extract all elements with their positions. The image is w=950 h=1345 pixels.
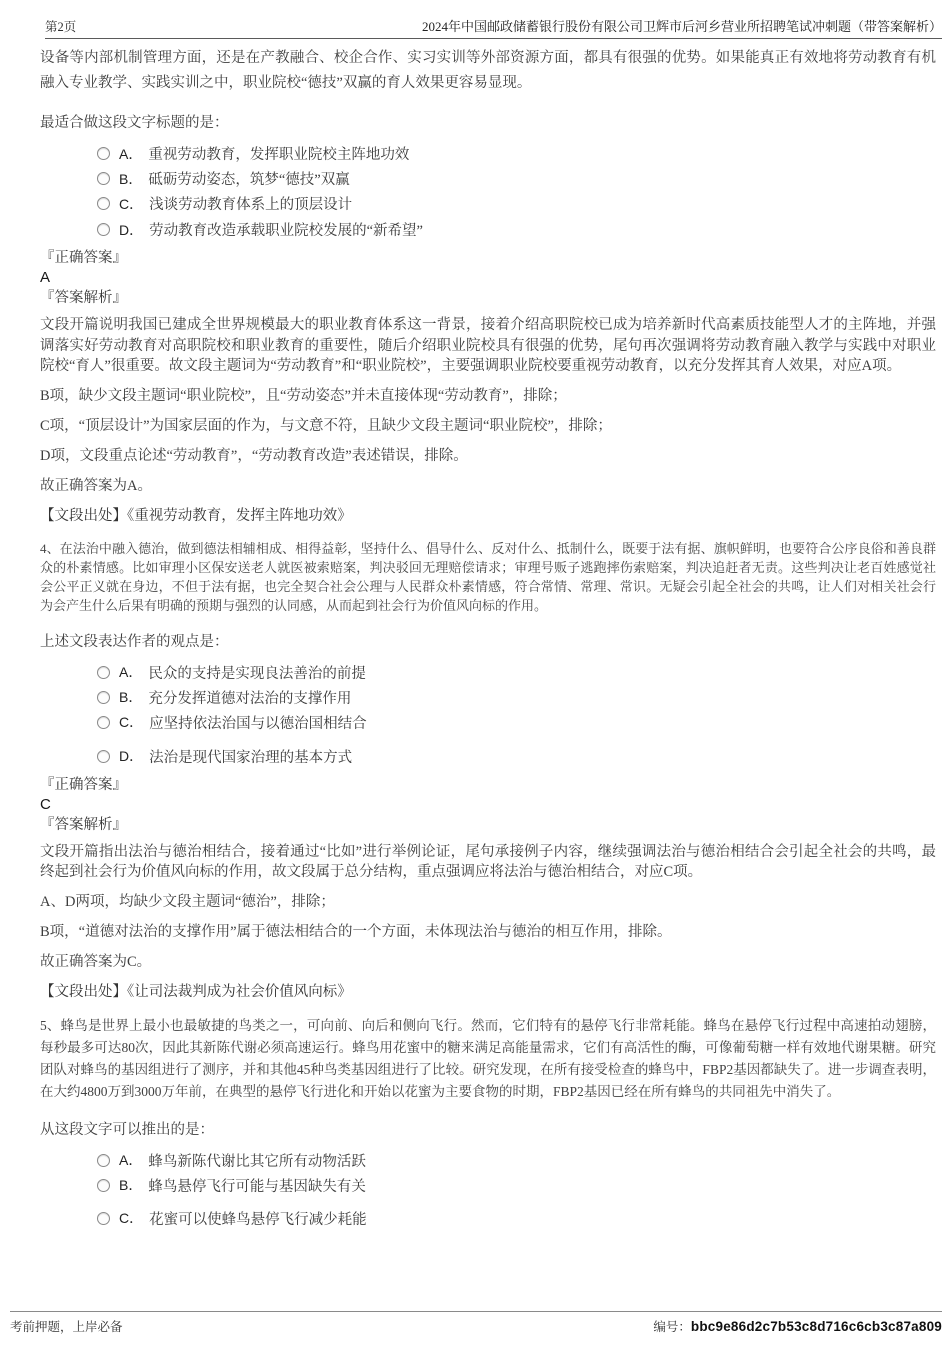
passage: 5、蜂鸟是世界上最小也最敏捷的鸟类之一，可向前、向后和侧向飞行。然而，它们特有的…: [40, 1015, 936, 1103]
document-page: 第2页 2024年中国邮政储蓄银行股份有限公司卫辉市后河乡营业所招聘笔试冲刺题（…: [0, 0, 950, 1345]
question-stem: 从这段文字可以推出的是：: [40, 1118, 936, 1142]
radio-icon[interactable]: [97, 172, 110, 185]
option-text: 砥砺劳动姿态，筑梦“德技”双赢: [148, 168, 349, 189]
analysis-line: D项，文段重点论述“劳动教育”，“劳动教育改造”表述错误，排除。: [40, 446, 936, 467]
page-content: 设备等内部机制管理方面，还是在产教融合、校企合作、实习实训等外部资源方面，都具有…: [40, 46, 936, 1311]
option-row[interactable]: C． 浅谈劳动教育体系上的顶层设计: [97, 191, 936, 216]
option-text: 花蜜可以使蜂鸟悬停飞行减少耗能: [149, 1208, 367, 1229]
analysis-paragraph: 文段开篇说明我国已建成全世界规模最大的职业教育体系这一背景，接着介绍高职院校已成…: [40, 315, 936, 377]
correct-answer-value: C: [40, 795, 936, 815]
radio-icon[interactable]: [97, 716, 110, 729]
option-letter: B．: [119, 1175, 142, 1195]
radio-icon[interactable]: [97, 750, 110, 763]
analysis-paragraph: 文段开篇指出法治与德治相结合，接着通过“比如”进行举例论证，尾句承接例子内容，继…: [40, 842, 936, 883]
option-letter: C．: [119, 1208, 143, 1228]
analysis-line: C项，“顶层设计”为国家层面的作为，与文意不符，且缺少文段主题词“职业院校”，排…: [40, 416, 936, 437]
option-row[interactable]: A． 蜂鸟新陈代谢比其它所有动物活跃: [97, 1148, 936, 1173]
source-line: 【文段出处】《让司法裁判成为社会价值风向标》: [40, 982, 936, 1003]
radio-icon[interactable]: [97, 147, 110, 160]
analysis-heading: 『答案解析』: [40, 288, 936, 309]
passage: 设备等内部机制管理方面，还是在产教融合、校企合作、实习实训等外部资源方面，都具有…: [40, 46, 936, 96]
correct-answer-heading: 『正确答案』: [40, 775, 936, 795]
radio-icon[interactable]: [97, 666, 110, 679]
options-group: A． 民众的支持是实现良法善治的前提 B． 充分发挥道德对法治的支撑作用 C． …: [97, 660, 936, 770]
doc-serial: 编号：bbc9e86d2c7b53c8d716c6cb3c87a809: [653, 1317, 942, 1335]
options-group: A． 蜂鸟新陈代谢比其它所有动物活跃 B． 蜂鸟悬停飞行可能与基因缺失有关 C．…: [97, 1148, 936, 1231]
option-text: 劳动教育改造承载职业院校发展的“新希望”: [149, 219, 423, 240]
option-row[interactable]: A． 民众的支持是实现良法善治的前提: [97, 660, 936, 685]
analysis-conclusion: 故正确答案为A。: [40, 476, 936, 497]
radio-icon[interactable]: [97, 1179, 110, 1192]
footer-slogan: 考前押题，上岸必备: [10, 1317, 123, 1335]
option-text: 蜂鸟悬停飞行可能与基因缺失有关: [148, 1175, 366, 1196]
radio-icon[interactable]: [97, 197, 110, 210]
option-letter: D．: [119, 220, 143, 240]
option-text: 重视劳动教育，发挥职业院校主阵地功效: [148, 143, 409, 164]
page-footer: 考前押题，上岸必备 编号：bbc9e86d2c7b53c8d716c6cb3c8…: [10, 1311, 942, 1345]
analysis-heading: 『答案解析』: [40, 815, 936, 836]
source-line: 【文段出处】《重视劳动教育，发挥主阵地功效》: [40, 506, 936, 527]
analysis-line: A、D两项，均缺少文段主题词“德治”，排除；: [40, 892, 936, 913]
option-text: 浅谈劳动教育体系上的顶层设计: [149, 193, 352, 214]
option-letter: C．: [119, 712, 143, 732]
page-number: 第2页: [45, 17, 76, 35]
option-row[interactable]: B． 充分发挥道德对法治的支撑作用: [97, 685, 936, 710]
analysis-line: B项，“道德对法治的支撑作用”属于德法相结合的一个方面，未体现法治与德治的相互作…: [40, 922, 936, 943]
radio-icon[interactable]: [97, 691, 110, 704]
correct-answer-value: A: [40, 268, 936, 288]
radio-icon[interactable]: [97, 1154, 110, 1167]
question-stem: 上述文段表达作者的观点是：: [40, 630, 936, 654]
serial-label: 编号：: [653, 1320, 691, 1334]
option-letter: B．: [119, 169, 142, 189]
option-letter: A．: [119, 1150, 142, 1170]
options-group: A． 重视劳动教育，发挥职业院校主阵地功效 B． 砥砺劳动姿态，筑梦“德技”双赢…: [97, 141, 936, 243]
question-stem: 最适合做这段文字标题的是：: [40, 111, 936, 135]
analysis-conclusion: 故正确答案为C。: [40, 952, 936, 973]
passage: 4、在法治中融入德治，做到德法相辅相成、相得益彰，坚持什么、倡导什么、反对什么、…: [40, 539, 936, 615]
option-letter: C．: [119, 194, 143, 214]
option-text: 充分发挥道德对法治的支撑作用: [148, 687, 351, 708]
option-row[interactable]: B． 蜂鸟悬停飞行可能与基因缺失有关: [97, 1173, 936, 1198]
page-header: 第2页 2024年中国邮政储蓄银行股份有限公司卫辉市后河乡营业所招聘笔试冲刺题（…: [45, 0, 942, 39]
document-title: 2024年中国邮政储蓄银行股份有限公司卫辉市后河乡营业所招聘笔试冲刺题（带答案解…: [422, 16, 942, 35]
option-row[interactable]: D． 法治是现代国家治理的基本方式: [97, 743, 936, 770]
radio-icon[interactable]: [97, 1212, 110, 1225]
option-letter: A．: [119, 662, 142, 682]
analysis-line: B项，缺少文段主题词“职业院校”，且“劳动姿态”并未直接体现“劳动教育”，排除；: [40, 386, 936, 407]
correct-answer-heading: 『正确答案』: [40, 248, 936, 268]
option-row[interactable]: C． 花蜜可以使蜂鸟悬停飞行减少耗能: [97, 1206, 936, 1231]
option-text: 法治是现代国家治理的基本方式: [149, 746, 352, 767]
option-row[interactable]: A． 重视劳动教育，发挥职业院校主阵地功效: [97, 141, 936, 166]
option-row[interactable]: D． 劳动教育改造承载职业院校发展的“新希望”: [97, 216, 936, 243]
option-letter: B．: [119, 687, 142, 707]
option-text: 民众的支持是实现良法善治的前提: [148, 662, 366, 683]
option-letter: A．: [119, 144, 142, 164]
option-text: 蜂鸟新陈代谢比其它所有动物活跃: [148, 1150, 366, 1171]
radio-icon[interactable]: [97, 223, 110, 236]
serial-value: bbc9e86d2c7b53c8d716c6cb3c87a809: [691, 1319, 942, 1334]
option-row[interactable]: B． 砥砺劳动姿态，筑梦“德技”双赢: [97, 166, 936, 191]
option-letter: D．: [119, 746, 143, 766]
option-text: 应坚持依法治国与以德治国相结合: [149, 712, 367, 733]
option-row[interactable]: C． 应坚持依法治国与以德治国相结合: [97, 710, 936, 735]
